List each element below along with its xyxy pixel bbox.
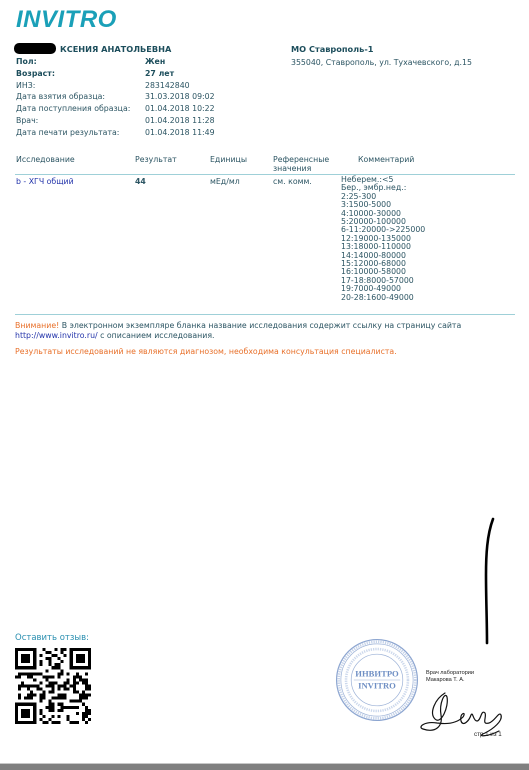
warning-label: Внимание! xyxy=(15,321,59,330)
link-suffix: с описанием исследования. xyxy=(98,331,215,340)
test-name-link[interactable]: b - ХГЧ общий xyxy=(16,177,74,186)
info-label: Врач: xyxy=(16,116,38,125)
info-label: ИНЗ: xyxy=(16,81,35,90)
info-value: Жен xyxy=(145,57,165,66)
invitro-site-link[interactable]: http://www.invitro.ru/ xyxy=(15,331,98,340)
test-comment: Неберем.:<5Бер., эмбр.нед.:2:25-3003:150… xyxy=(341,176,425,302)
test-result: 44 xyxy=(135,177,146,186)
pen-stroke-mark xyxy=(475,515,505,645)
info-value: 01.04.2018 10:22 xyxy=(145,104,215,113)
info-value: 27 лет xyxy=(145,69,174,78)
warning-text: В электронном экземпляре бланка название… xyxy=(59,321,461,330)
header-test: Исследование xyxy=(16,155,75,164)
stamp-text-en: INVITRO xyxy=(358,681,396,691)
info-label: Пол: xyxy=(16,57,37,66)
info-label: Дата печати результата: xyxy=(16,128,119,137)
info-value: 01.04.2018 11:49 xyxy=(145,128,215,137)
redacted-surname xyxy=(14,43,56,54)
info-label: Дата взятия образца: xyxy=(16,92,105,101)
patient-name: КСЕНИЯ АНАТОЛЬЕВНА xyxy=(60,44,171,54)
organization-address: 355040, Ставрополь, ул. Тухачевского, д.… xyxy=(291,58,472,67)
info-value: 01.04.2018 11:28 xyxy=(145,116,215,125)
doctor-name: Макарова Т. А. xyxy=(426,677,474,684)
page-number: стр.1 из 1 xyxy=(474,731,502,738)
review-label: Оставить отзыв: xyxy=(15,633,89,643)
organization-name: МО Ставрополь-1 xyxy=(291,44,373,54)
info-label: Возраст: xyxy=(16,69,55,78)
info-value: 283142840 xyxy=(145,81,190,90)
viewer-bottom-bar xyxy=(0,763,529,770)
invitro-logo: INVITRO xyxy=(16,6,117,34)
electronic-copy-note: Внимание! В электронном экземпляре бланк… xyxy=(15,321,515,341)
test-reference: см. комм. xyxy=(273,177,312,186)
header-comment: Комментарий xyxy=(358,155,414,164)
header-result: Результат xyxy=(135,155,177,164)
qr-code[interactable] xyxy=(15,648,91,724)
table-bottom-divider xyxy=(15,314,515,315)
lab-stamp: ИНВИТРО INVITRO xyxy=(334,637,420,723)
header-reference: Референсные значения xyxy=(273,155,335,173)
header-units: Единицы xyxy=(210,155,247,164)
disclaimer: Результаты исследований не являются диаг… xyxy=(15,347,397,356)
table-header-divider xyxy=(15,174,515,175)
stamp-text-ru: ИНВИТРО xyxy=(355,669,399,679)
doctor-title: Врач лаборатории xyxy=(426,670,474,677)
doctor-signature-block: Врач лаборатории Макарова Т. А. xyxy=(426,670,474,684)
info-label: Дата поступления образца: xyxy=(16,104,130,113)
info-value: 31.03.2018 09:02 xyxy=(145,92,215,101)
test-units: мЕд/мл xyxy=(210,177,240,186)
comment-line: 20-28:1600-49000 xyxy=(341,294,425,302)
